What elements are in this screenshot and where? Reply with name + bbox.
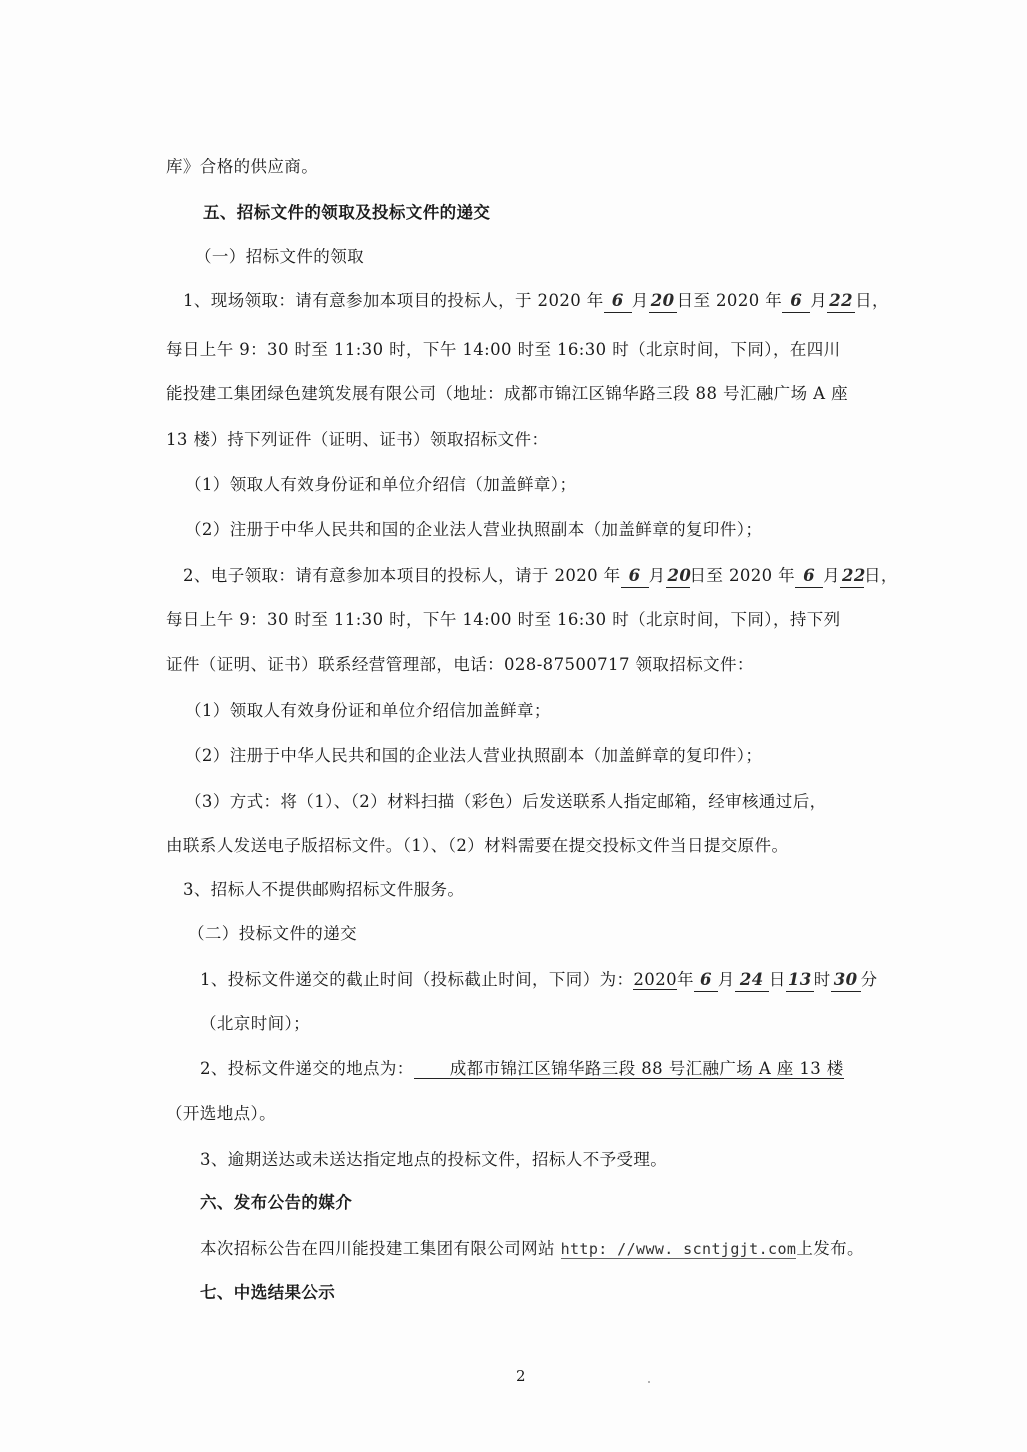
unit: 年 <box>677 970 694 989</box>
handwritten-hour: 13 <box>786 969 814 992</box>
unit: 时 <box>814 970 831 989</box>
media-line: 本次招标公告在四川能投建工集团有限公司网站 http: //www. scntj… <box>200 1238 864 1260</box>
text-line: 证件（证明、证书）联系经营管理部，电话：028-87500717 领取招标文件： <box>166 654 754 676</box>
text: 2、投标文件递交的地点为： <box>200 1059 414 1078</box>
text: 上发布。 <box>796 1239 864 1258</box>
unit: 分 <box>861 970 878 989</box>
deadline-year: 2020 <box>633 970 677 990</box>
handwritten-day: 22 <box>840 565 864 588</box>
unit: 月 <box>823 566 840 585</box>
handwritten-month: 6 <box>621 565 649 588</box>
page-number: 2 <box>516 1367 526 1385</box>
handwritten-month: 6 <box>795 565 823 588</box>
text: 1、现场领取：请有意参加本项目的投标人，于 2020 年 <box>183 291 604 310</box>
text: 1、投标文件递交的截止时间（投标截止时间，下同）为： <box>200 970 633 989</box>
text: 日至 2020 年 <box>690 566 796 585</box>
deadline-line: 1、投标文件递交的截止时间（投标截止时间，下同）为：2020年6月24日13时3… <box>200 969 878 992</box>
list-item: （1）领取人有效身份证和单位介绍信（加盖鲜章）； <box>185 474 576 496</box>
section-heading-7: 七、中选结果公示 <box>200 1282 335 1304</box>
unit: 月 <box>649 566 666 585</box>
text-line: 每日上午 9：30 时至 11:30 时，下午 14:00 时至 16:30 时… <box>166 339 841 361</box>
section-heading-5: 五、招标文件的领取及投标文件的递交 <box>203 202 490 224</box>
handwritten-day: 24 <box>735 969 769 992</box>
unit: 月 <box>810 291 827 310</box>
list-item: （2）注册于中华人民共和国的企业法人营业执照副本（加盖鲜章的复印件）； <box>185 519 762 541</box>
unit: 月 <box>632 291 649 310</box>
handwritten-day: 22 <box>827 290 855 313</box>
text-line: （北京时间）； <box>200 1013 310 1035</box>
section-heading-6: 六、发布公告的媒介 <box>200 1192 352 1214</box>
scan-speck <box>648 1381 650 1383</box>
location-line: 2、投标文件递交的地点为：成都市锦江区锦华路三段 88 号汇融广场 A 座 13… <box>200 1058 844 1080</box>
text: 2、电子领取：请有意参加本项目的投标人，请于 2020 年 <box>183 566 621 585</box>
text-line: 13 楼）持下列证件（证明、证书）领取招标文件： <box>166 429 548 451</box>
handwritten-month: 6 <box>782 290 810 313</box>
handwritten-month: 6 <box>604 290 632 313</box>
unit: 日， <box>864 566 898 585</box>
text-line: 每日上午 9：30 时至 11:30 时，下午 14:00 时至 16:30 时… <box>166 609 841 631</box>
website-link[interactable]: http: //www. scntjgjt.com <box>561 1240 797 1259</box>
submission-address: 成都市锦江区锦华路三段 88 号汇融广场 A 座 13 楼 <box>414 1059 844 1079</box>
list-item: （1）领取人有效身份证和单位介绍信加盖鲜章； <box>185 700 551 722</box>
text-line: 由联系人发送电子版招标文件。（1）、（2）材料需要在提交投标文件当日提交原件。 <box>166 835 788 857</box>
text: 日至 2020 年 <box>677 291 783 310</box>
text-line: 3、招标人不提供邮购招标文件服务。 <box>183 879 464 901</box>
list-item: （3）方式：将（1）、（2）材料扫描（彩色）后发送联系人指定邮箱，经审核通过后， <box>185 791 827 813</box>
subsection-heading-1: （一）招标文件的领取 <box>195 246 364 268</box>
document-page: 库》合格的供应商。 五、招标文件的领取及投标文件的递交 （一）招标文件的领取 1… <box>0 0 1027 1452</box>
handwritten-month: 6 <box>694 969 718 992</box>
onsite-pickup-line: 1、现场领取：请有意参加本项目的投标人，于 2020 年6月20日至 2020 … <box>183 290 889 313</box>
subsection-heading-2: （二）投标文件的递交 <box>188 923 357 945</box>
list-item: （2）注册于中华人民共和国的企业法人营业执照副本（加盖鲜章的复印件）； <box>185 745 762 767</box>
text-line: 库》合格的供应商。 <box>166 156 318 178</box>
unit: 日 <box>769 970 786 989</box>
text-line: （开选地点）。 <box>166 1103 276 1125</box>
text: 本次招标公告在四川能投建工集团有限公司网站 <box>200 1239 555 1258</box>
unit: 日， <box>855 291 889 310</box>
text-line: 3、逾期送达或未送达指定地点的投标文件，招标人不予受理。 <box>200 1149 667 1171</box>
unit: 月 <box>718 970 735 989</box>
handwritten-day: 20 <box>666 565 690 588</box>
electronic-pickup-line: 2、电子领取：请有意参加本项目的投标人，请于 2020 年6月20日至 2020… <box>183 565 898 588</box>
handwritten-day: 20 <box>649 290 677 313</box>
text-line: 能投建工集团绿色建筑发展有限公司（地址：成都市锦江区锦华路三段 88 号汇融广场… <box>166 383 848 405</box>
handwritten-minute: 30 <box>831 969 861 992</box>
